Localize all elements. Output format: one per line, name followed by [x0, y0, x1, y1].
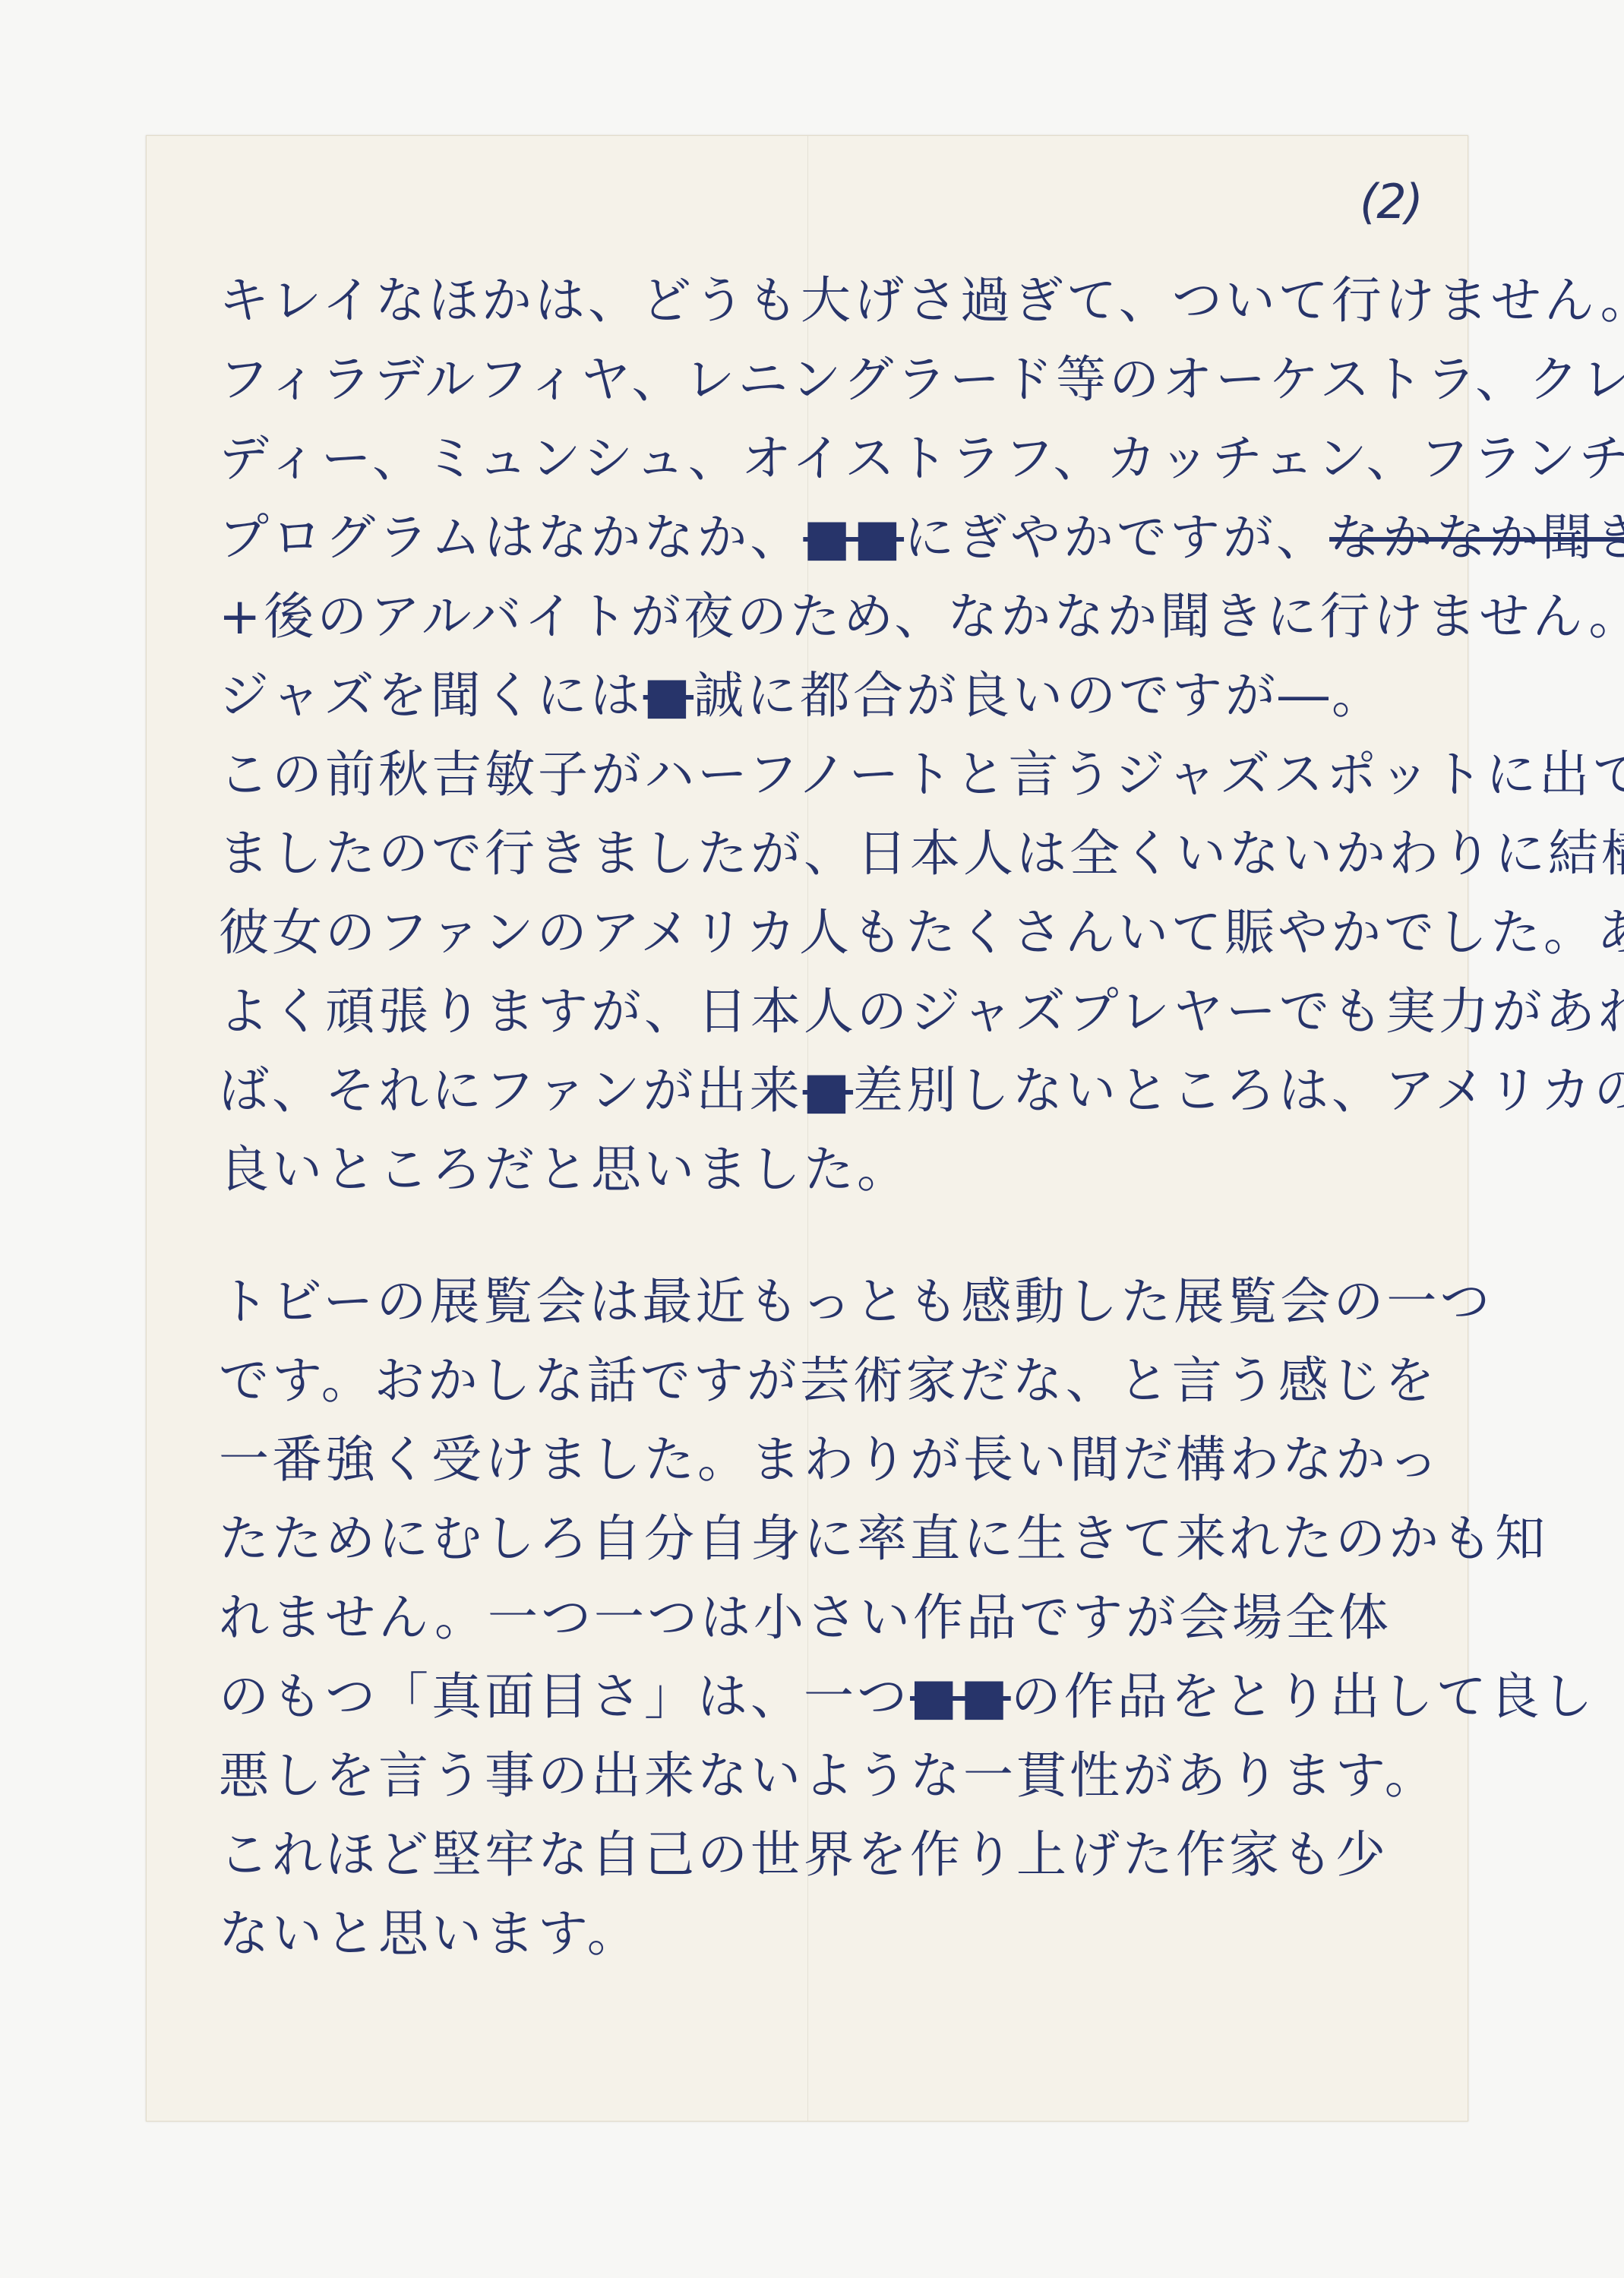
page-number: (2)	[1360, 174, 1422, 229]
struck-out-text: なかなか聞き	[1329, 508, 1624, 567]
text-line: よく頑張りますが、日本人のジャズプレヤーでも実力があれ	[219, 972, 1404, 1051]
text-line: +後のアルバイトが夜のため、なかなか聞きに行けません。	[219, 577, 1404, 656]
paragraph-tobey-exhibition: トビーの展覧会は最近もっとも感動した展覧会の一つ です。おかしな話ですが芸術家だ…	[219, 1262, 1404, 1973]
letter-body: キレイなほかは、どうも大げさ過ぎて、ついて行けません。ボストン フィラデルフィヤ…	[219, 261, 1404, 1973]
text-line: キレイなほかは、どうも大げさ過ぎて、ついて行けません。ボストン	[219, 261, 1404, 340]
paragraph-spacer	[219, 1209, 1404, 1262]
letter-page: (2) キレイなほかは、どうも大げさ過ぎて、ついて行けません。ボストン フィラデ…	[146, 135, 1468, 2122]
text-segment: の作品をとり出して良し	[1011, 1667, 1596, 1726]
text-line: 一番強く受けました。まわりが長い間だ構わなかっ	[219, 1420, 1404, 1499]
struck-out-text: ■■	[803, 508, 904, 567]
text-line: れません。一つ一つは小さい作品ですが会場全体	[219, 1578, 1404, 1657]
text-line: これほど堅牢な自己の世界を作り上げた作家も少	[219, 1815, 1404, 1894]
text-line: 彼女のファンのアメリカ人もたくさんいて賑やかでした。あの人も	[219, 893, 1404, 972]
text-segment: にぎやかですが、	[904, 508, 1329, 567]
text-line: ジャズを聞くには■誠に都合が良いのですが―。	[219, 656, 1404, 735]
text-segment: 差別しないところは、アメリカの大変	[853, 1061, 1624, 1120]
text-line: ば、それにファンが出来■差別しないところは、アメリカの大変	[219, 1051, 1404, 1130]
text-line: です。おかしな話ですが芸術家だな、と言う感じを	[219, 1341, 1404, 1420]
text-line: ディー、ミュンシュ、オイストラフ、カッチェン、フランチェスカッティー、等と、	[219, 419, 1404, 498]
text-line: 悪しを言う事の出来ないような一貫性があります。	[219, 1736, 1404, 1815]
struck-out-text: ■■	[910, 1667, 1011, 1726]
text-segment: ば、それにファンが出来	[219, 1061, 803, 1120]
text-segment: プログラムはなかなか、	[219, 508, 803, 567]
text-line: たためにむしろ自分自身に率直に生きて来れたのかも知	[219, 1499, 1404, 1578]
text-line: のもつ「真面目さ」は、一つ■■の作品をとり出して良し	[219, 1657, 1404, 1736]
struck-out-text: ■	[643, 666, 694, 725]
paragraph-orchestras-jazz: キレイなほかは、どうも大げさ過ぎて、ついて行けません。ボストン フィラデルフィヤ…	[219, 261, 1404, 1209]
text-segment: のもつ「真面目さ」は、一つ	[219, 1667, 910, 1726]
text-line: トビーの展覧会は最近もっとも感動した展覧会の一つ	[219, 1262, 1404, 1341]
text-line: フィラデルフィヤ、レニングラード等のオーケストラ、クレンペラー、オルマン	[219, 340, 1404, 419]
text-line: ましたので行きましたが、日本人は全くいないかわりに結構	[219, 814, 1404, 893]
text-line: プログラムはなかなか、■■にぎやかですが、なかなか聞き	[219, 498, 1404, 577]
text-segment: ジャズを聞くには	[219, 666, 643, 725]
text-line: ないと思います。	[219, 1894, 1404, 1973]
text-line: 良いところだと思いました。	[219, 1130, 1404, 1209]
struck-out-text: ■	[803, 1061, 853, 1120]
text-line: この前秋吉敏子がハーフノートと言うジャズスポットに出てい	[219, 735, 1404, 814]
text-segment: 誠に都合が良いのですが―。	[694, 666, 1385, 725]
